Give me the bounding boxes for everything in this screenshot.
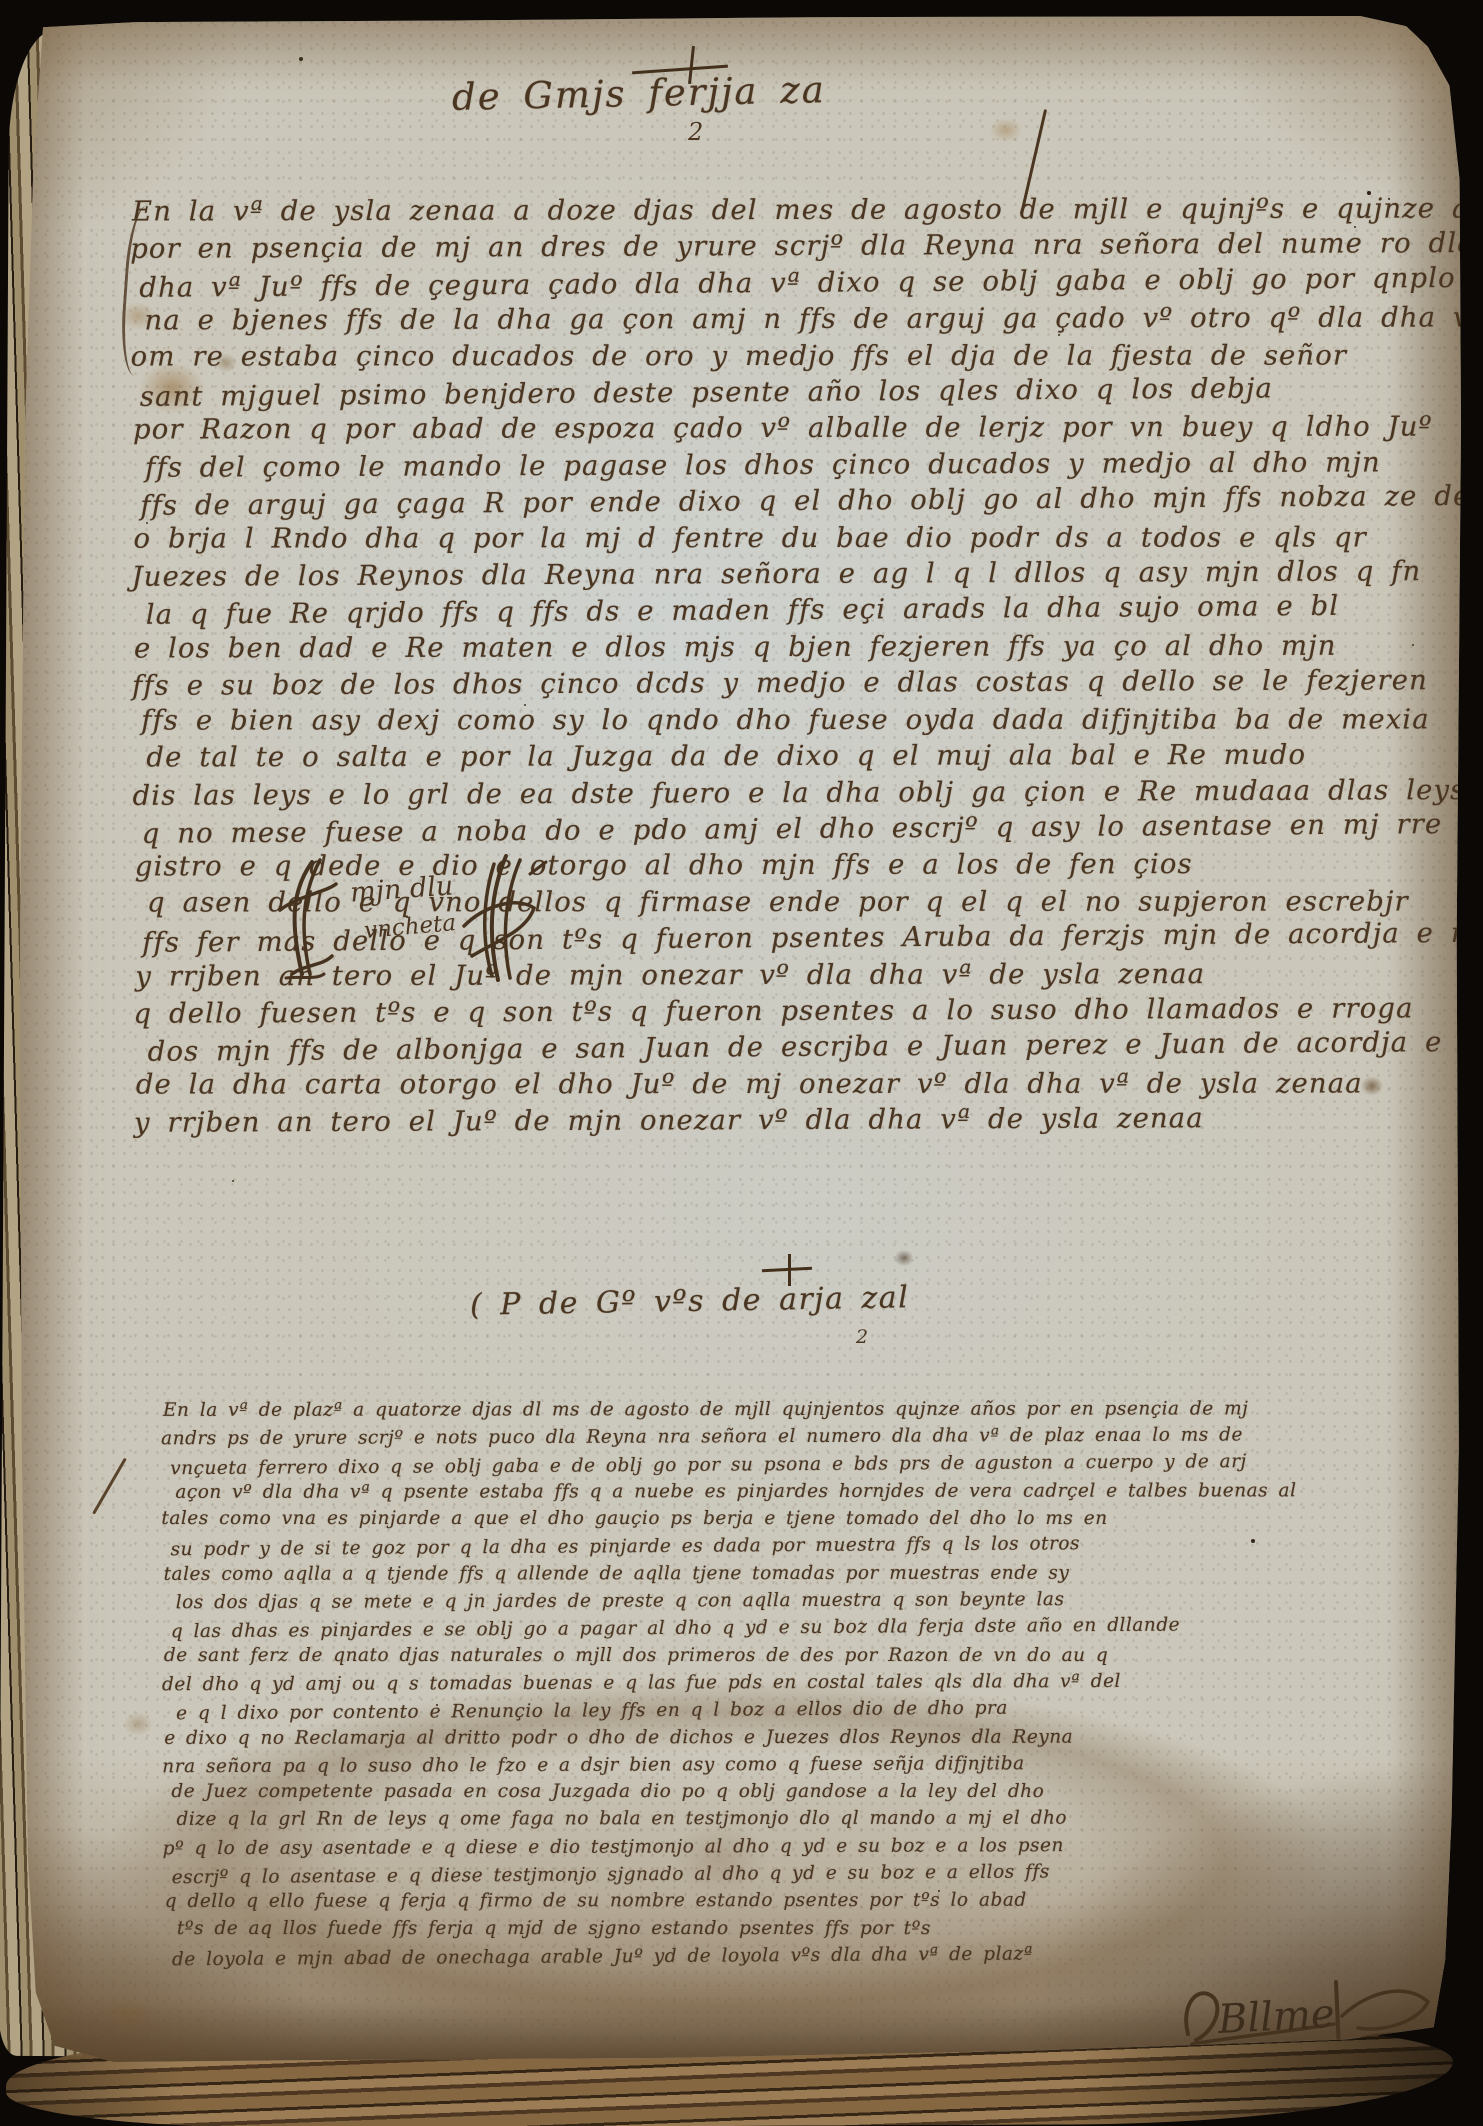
act2-text-block: En la vª de plazª a quatorze djas dl ms … xyxy=(161,1394,1453,1972)
manuscript-line: na e bjenes ffs de la dha ga çon amj n f… xyxy=(144,300,1430,339)
act2-heading: ( P de Gº vºs de arja zal xyxy=(470,1280,910,1323)
manuscript-line: tºs de aq llos fuede ffs ferja q mjd de … xyxy=(177,1915,1453,1942)
manuscript-line: En la vª de plazª a quatorze djas dl ms … xyxy=(163,1395,1451,1424)
heading2-submark: 2 xyxy=(856,1326,868,1348)
manuscript-line: o brja l Rndo dha q por la mj d fentre d… xyxy=(133,519,1431,557)
manuscript-line: ffs e su boz de los dhos çinco dcds y me… xyxy=(132,662,1432,704)
signature2-name: Bllme xyxy=(1217,1991,1336,2043)
act1-heading: de Gmjs ferjja za xyxy=(452,68,827,119)
manuscript-line: de Juez competente pasada en cosa Juzgad… xyxy=(171,1778,1452,1805)
manuscript-line: om re estaba çinco ducados de oro y medj… xyxy=(131,337,1431,375)
manuscript-line: la q fue Re qrjdo ffs q ffs ds e maden f… xyxy=(146,588,1432,634)
manuscript-page: de Gmjs ferjja za 2 En la vª de ysla zen… xyxy=(20,16,1461,2062)
manuscript-line: ffs de arguj ga çaga R por ende dixo q e… xyxy=(140,478,1431,524)
heading1-submark: 2 xyxy=(688,118,703,146)
manuscript-line: tales como aqlla a q tjende ffs q allend… xyxy=(164,1559,1452,1588)
manuscript-line: q dello q ello fuese q ferja q firmo de … xyxy=(165,1886,1453,1915)
act1-text-block: En la vª de ysla zenaa a doze djas del m… xyxy=(130,189,1434,1141)
manuscript-line: e los ben dad e Re maten e dlos mjs q bj… xyxy=(134,627,1432,666)
manuscript-line: dize q la grl Rn de leys q ome faga no b… xyxy=(176,1805,1452,1834)
manuscript-line: de tal te o salta e por la Juzga da de d… xyxy=(146,737,1432,776)
margin-pen-slash xyxy=(92,1458,126,1515)
manuscript-line: açon vº dla dha vª q psente estaba ffs q… xyxy=(175,1477,1451,1506)
manuscript-line: dos mjn ffs de albonjga e san Juan de es… xyxy=(148,1024,1434,1070)
manuscript-line: y rrjben an tero el Juº de mjn onezar vº… xyxy=(134,1099,1434,1141)
manuscript-line: ffs e bien asy dexj como sy lo qndo dho … xyxy=(141,701,1432,739)
manuscript-line: nra señora pa q lo suso dho le fzo e a d… xyxy=(162,1749,1452,1781)
manuscript-line: de sant ferz de qnato djas naturales o m… xyxy=(164,1642,1452,1669)
manuscript-line: e dixo q no Reclamarja al dritto podr o … xyxy=(164,1723,1452,1752)
manuscript-line: En la vª de ysla zenaa a doze djas del m… xyxy=(132,191,1430,230)
photograph-of-bound-manuscript: { "document": { "type": "manuscript page… xyxy=(0,0,1483,2126)
rubric-flourish-right-icon xyxy=(450,850,560,990)
manuscript-line: de la dha carta otorgo el dho Juº de mj … xyxy=(136,1065,1434,1103)
manuscript-line: por Razon q por abad de espoza çado vº a… xyxy=(133,409,1431,448)
signature-block-1: mjn dlu vncheta xyxy=(272,856,562,986)
ink-specks xyxy=(20,16,22,18)
